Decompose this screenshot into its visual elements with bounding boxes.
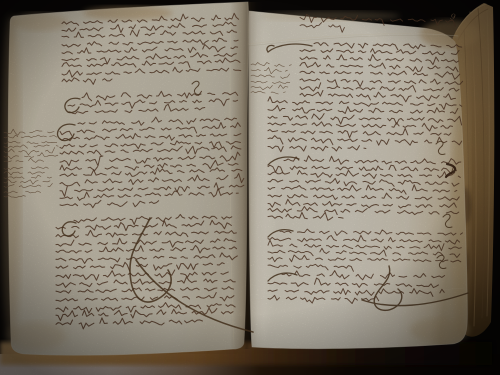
manuscript-photo: 9 [0, 0, 500, 375]
book-scene: 9 [0, 0, 500, 375]
photo-vignette [0, 0, 500, 375]
